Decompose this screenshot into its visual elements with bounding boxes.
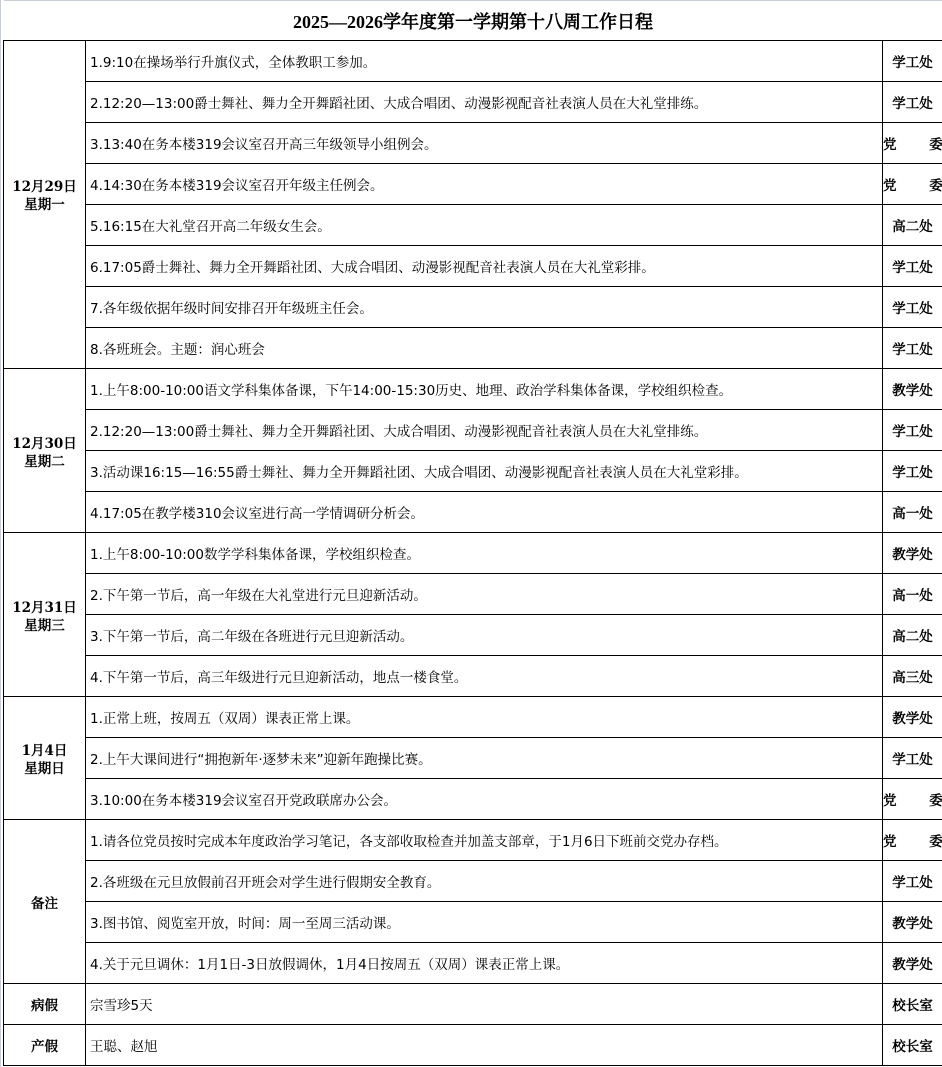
schedule-item: 3.活动课16:15—16:55爵士舞社、舞力全开舞蹈社团、大成合唱团、动漫影视… <box>86 451 883 492</box>
department-label: 党 委 <box>883 834 942 850</box>
notes-row: 2.各班级在元旦放假前召开班会对学生进行假期安全教育。学工处 <box>4 861 942 902</box>
page-title: 2025—2026学年度第一学期第十八周工作日程 <box>4 0 942 41</box>
sick-leave-row: 病假宗雪珍5天校长室 <box>4 984 942 1025</box>
schedule-item: 6.17:05爵士舞社、舞力全开舞蹈社团、大成合唱团、动漫影视配音社表演人员在大… <box>86 246 883 287</box>
department-cell: 高一处 <box>883 492 942 533</box>
schedule-item: 2.12:20—13:00爵士舞社、舞力全开舞蹈社团、大成合唱团、动漫影视配音社… <box>86 82 883 123</box>
day-weekday: 星期一 <box>4 196 85 214</box>
schedule-item: 1.上午8:00-10:00数学学科集体备课，学校组织检查。 <box>86 533 883 574</box>
department-label: 校长室 <box>892 1039 933 1055</box>
schedule-row: 7.各年级依据年级时间安排召开年级班主任会。学工处 <box>4 287 942 328</box>
department-cell: 校长室 <box>883 984 942 1025</box>
department-label: 高一处 <box>892 588 933 604</box>
department-cell: 党 委 <box>883 779 942 820</box>
schedule-item: 1.正常上班，按周五（双周）课表正常上课。 <box>86 697 883 738</box>
notes-row: 4.关于元旦调休：1月1日-3日放假调休，1月4日按周五（双周）课表正常上课。教… <box>4 943 942 984</box>
schedule-item: 5.16:15在大礼堂召开高二年级女生会。 <box>86 205 883 246</box>
department-label: 学工处 <box>892 260 933 276</box>
department-label: 高一处 <box>892 506 933 522</box>
note-item: 3.图书馆、阅览室开放，时间：周一至周三活动课。 <box>86 902 883 943</box>
department-cell: 教学处 <box>883 533 942 574</box>
schedule-row: 12月31日星期三1.上午8:00-10:00数学学科集体备课，学校组织检查。教… <box>4 533 942 574</box>
schedule-row: 3.下午第一节后，高二年级在各班进行元旦迎新活动。高二处 <box>4 615 942 656</box>
note-item: 4.关于元旦调休：1月1日-3日放假调休，1月4日按周五（双周）课表正常上课。 <box>86 943 883 984</box>
department-label: 教学处 <box>892 383 933 399</box>
schedule-row: 4.下午第一节后，高三年级进行元旦迎新活动，地点一楼食堂。高三处 <box>4 656 942 697</box>
department-label: 教学处 <box>892 916 933 932</box>
department-label: 高三处 <box>892 670 933 686</box>
maternity-leave-row: 产假王聪、赵旭校长室 <box>4 1025 942 1066</box>
schedule-item: 1.上午8:00-10:00语文学科集体备课，下午14:00-15:30历史、地… <box>86 369 883 410</box>
department-cell: 高二处 <box>883 615 942 656</box>
schedule-item: 4.14:30在务本楼319会议室召开年级主任例会。 <box>86 164 883 205</box>
department-label: 学工处 <box>892 875 933 891</box>
day-cell: 12月29日星期一 <box>4 41 86 369</box>
department-cell: 学工处 <box>883 287 942 328</box>
schedule-row: 2.12:20—13:00爵士舞社、舞力全开舞蹈社团、大成合唱团、动漫影视配音社… <box>4 410 942 451</box>
department-label: 党 委 <box>883 793 942 809</box>
department-cell: 高二处 <box>883 205 942 246</box>
schedule-item: 8.各班班会。主题：润心班会 <box>86 328 883 369</box>
day-weekday: 星期三 <box>4 617 85 635</box>
department-label: 教学处 <box>892 957 933 973</box>
department-cell: 教学处 <box>883 943 942 984</box>
department-label: 党 委 <box>883 137 942 153</box>
schedule-row: 8.各班班会。主题：润心班会学工处 <box>4 328 942 369</box>
schedule-row: 1月4日星期日1.正常上班，按周五（双周）课表正常上课。教学处 <box>4 697 942 738</box>
schedule-item: 3.10:00在务本楼319会议室召开党政联席办公会。 <box>86 779 883 820</box>
department-label: 教学处 <box>892 711 933 727</box>
schedule-table: 12月29日星期一1.9:10在操场举行升旗仪式，全体教职工参加。学工处2.12… <box>3 40 942 1066</box>
schedule-row: 12月30日星期二1.上午8:00-10:00语文学科集体备课，下午14:00-… <box>4 369 942 410</box>
schedule-item: 3.下午第一节后，高二年级在各班进行元旦迎新活动。 <box>86 615 883 656</box>
day-cell: 12月30日星期二 <box>4 369 86 533</box>
department-cell: 教学处 <box>883 902 942 943</box>
department-label: 学工处 <box>892 55 933 71</box>
schedule-item: 7.各年级依据年级时间安排召开年级班主任会。 <box>86 287 883 328</box>
department-label: 教学处 <box>892 547 933 563</box>
department-label: 高二处 <box>892 219 933 235</box>
day-date: 12月29日 <box>4 178 85 196</box>
schedule-item: 4.17:05在教学楼310会议室进行高一学情调研分析会。 <box>86 492 883 533</box>
department-label: 学工处 <box>892 752 933 768</box>
day-cell: 12月31日星期三 <box>4 533 86 697</box>
department-label: 党 委 <box>883 178 942 194</box>
department-label: 学工处 <box>892 465 933 481</box>
maternity-leave-names: 王聪、赵旭 <box>86 1025 883 1066</box>
department-cell: 学工处 <box>883 82 942 123</box>
department-cell: 高三处 <box>883 656 942 697</box>
department-cell: 学工处 <box>883 41 942 82</box>
maternity-leave-label: 产假 <box>4 1025 86 1066</box>
day-date: 12月31日 <box>4 599 85 617</box>
sick-leave-label: 病假 <box>4 984 86 1025</box>
department-cell: 高一处 <box>883 574 942 615</box>
schedule-item: 2.上午大课间进行“拥抱新年·逐梦未来”迎新年跑操比赛。 <box>86 738 883 779</box>
day-cell: 1月4日星期日 <box>4 697 86 820</box>
sick-leave-names: 宗雪珍5天 <box>86 984 883 1025</box>
department-cell: 学工处 <box>883 861 942 902</box>
notes-row: 3.图书馆、阅览室开放，时间：周一至周三活动课。教学处 <box>4 902 942 943</box>
schedule-row: 12月29日星期一1.9:10在操场举行升旗仪式，全体教职工参加。学工处 <box>4 41 942 82</box>
schedule-row: 4.14:30在务本楼319会议室召开年级主任例会。党 委 <box>4 164 942 205</box>
schedule-row: 2.上午大课间进行“拥抱新年·逐梦未来”迎新年跑操比赛。学工处 <box>4 738 942 779</box>
department-cell: 学工处 <box>883 328 942 369</box>
department-cell: 学工处 <box>883 246 942 287</box>
department-label: 校长室 <box>892 998 933 1014</box>
department-cell: 党 委 <box>883 820 942 861</box>
day-date: 1月4日 <box>4 742 85 760</box>
department-label: 高二处 <box>892 629 933 645</box>
department-cell: 学工处 <box>883 738 942 779</box>
department-cell: 学工处 <box>883 451 942 492</box>
department-cell: 教学处 <box>883 369 942 410</box>
department-cell: 教学处 <box>883 697 942 738</box>
notes-row: 备注1.请各位党员按时完成本年度政治学习笔记，各支部收取检查并加盖支部章，于1月… <box>4 820 942 861</box>
schedule-item: 2.下午第一节后，高一年级在大礼堂进行元旦迎新活动。 <box>86 574 883 615</box>
schedule-row: 3.活动课16:15—16:55爵士舞社、舞力全开舞蹈社团、大成合唱团、动漫影视… <box>4 451 942 492</box>
schedule-row: 5.16:15在大礼堂召开高二年级女生会。高二处 <box>4 205 942 246</box>
schedule-row: 4.17:05在教学楼310会议室进行高一学情调研分析会。高一处 <box>4 492 942 533</box>
department-cell: 党 委 <box>883 164 942 205</box>
schedule-item: 1.9:10在操场举行升旗仪式，全体教职工参加。 <box>86 41 883 82</box>
schedule-item: 3.13:40在务本楼319会议室召开高三年级领导小组例会。 <box>86 123 883 164</box>
day-weekday: 星期二 <box>4 453 85 471</box>
schedule-row: 6.17:05爵士舞社、舞力全开舞蹈社团、大成合唱团、动漫影视配音社表演人员在大… <box>4 246 942 287</box>
day-date: 12月30日 <box>4 435 85 453</box>
department-label: 学工处 <box>892 342 933 358</box>
department-label: 学工处 <box>892 424 933 440</box>
note-item: 1.请各位党员按时完成本年度政治学习笔记，各支部收取检查并加盖支部章，于1月6日… <box>86 820 883 861</box>
department-cell: 党 委 <box>883 123 942 164</box>
notes-label: 备注 <box>4 820 86 984</box>
schedule-row: 2.12:20—13:00爵士舞社、舞力全开舞蹈社团、大成合唱团、动漫影视配音社… <box>4 82 942 123</box>
schedule-item: 2.12:20—13:00爵士舞社、舞力全开舞蹈社团、大成合唱团、动漫影视配音社… <box>86 410 883 451</box>
department-label: 学工处 <box>892 96 933 112</box>
department-cell: 学工处 <box>883 410 942 451</box>
schedule-item: 4.下午第一节后，高三年级进行元旦迎新活动，地点一楼食堂。 <box>86 656 883 697</box>
department-cell: 校长室 <box>883 1025 942 1066</box>
schedule-row: 3.10:00在务本楼319会议室召开党政联席办公会。党 委 <box>4 779 942 820</box>
note-item: 2.各班级在元旦放假前召开班会对学生进行假期安全教育。 <box>86 861 883 902</box>
day-weekday: 星期日 <box>4 760 85 778</box>
schedule-row: 2.下午第一节后，高一年级在大礼堂进行元旦迎新活动。高一处 <box>4 574 942 615</box>
schedule-row: 3.13:40在务本楼319会议室召开高三年级领导小组例会。党 委 <box>4 123 942 164</box>
department-label: 学工处 <box>892 301 933 317</box>
